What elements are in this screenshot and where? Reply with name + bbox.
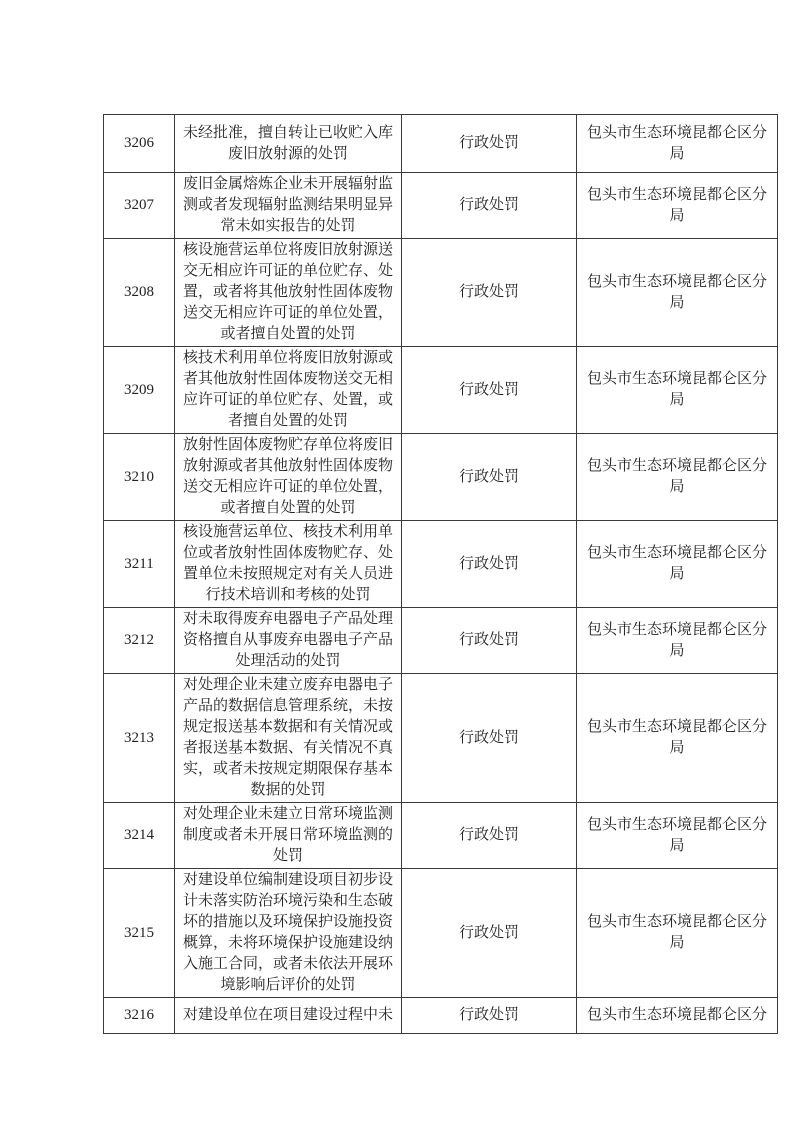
- cell-item: 对处理企业未建立废弃电器电子产品的数据信息管理系统，未按规定报送基本数据和有关情…: [175, 674, 402, 803]
- cell-id: 3213: [104, 674, 175, 803]
- cell-id: 3211: [104, 521, 175, 608]
- table-row: 3212对未取得废弃电器电子产品处理资格擅自从事废弃电器电子产品处理活动的处罚行…: [104, 608, 778, 674]
- table-row: 3215对建设单位编制建设项目初步设计未落实防治环境污染和生态破坏的措施以及环境…: [104, 869, 778, 998]
- table-row: 3206未经批准，擅自转让已收贮入库废旧放射源的处罚行政处罚包头市生态环境昆都仑…: [104, 115, 778, 173]
- cell-authority: 包头市生态环境昆都仑区分局: [577, 434, 778, 521]
- cell-item: 对处理企业未建立日常环境监测制度或者未开展日常环境监测的处罚: [175, 803, 402, 869]
- cell-type: 行政处罚: [402, 608, 577, 674]
- table-row: 3207废旧金属熔炼企业未开展辐射监测或者发现辐射监测结果明显异常未如实报告的处…: [104, 173, 778, 239]
- cell-type: 行政处罚: [402, 115, 577, 173]
- cell-authority: 包头市生态环境昆都仑区分局: [577, 869, 778, 998]
- cell-item: 废旧金属熔炼企业未开展辐射监测或者发现辐射监测结果明显异常未如实报告的处罚: [175, 173, 402, 239]
- cell-type: 行政处罚: [402, 803, 577, 869]
- cell-item: 对建设单位在项目建设过程中未: [175, 998, 402, 1034]
- cell-item: 核技术利用单位将废旧放射源或者其他放射性固体废物送交无相应许可证的单位贮存、处置…: [175, 347, 402, 434]
- cell-authority: 包头市生态环境昆都仑区分局: [577, 803, 778, 869]
- cell-id: 3210: [104, 434, 175, 521]
- cell-type: 行政处罚: [402, 347, 577, 434]
- cell-id: 3206: [104, 115, 175, 173]
- cell-item: 放射性固体废物贮存单位将废旧放射源或者其他放射性固体废物送交无相应许可证的单位处…: [175, 434, 402, 521]
- table-row: 3213对处理企业未建立废弃电器电子产品的数据信息管理系统，未按规定报送基本数据…: [104, 674, 778, 803]
- cell-id: 3208: [104, 239, 175, 347]
- cell-authority: 包头市生态环境昆都仑区分局: [577, 239, 778, 347]
- cell-authority: 包头市生态环境昆都仑区分: [577, 998, 778, 1034]
- cell-id: 3212: [104, 608, 175, 674]
- table-row: 3209核技术利用单位将废旧放射源或者其他放射性固体废物送交无相应许可证的单位贮…: [104, 347, 778, 434]
- cell-id: 3209: [104, 347, 175, 434]
- document-page: 3206未经批准，擅自转让已收贮入库废旧放射源的处罚行政处罚包头市生态环境昆都仑…: [0, 0, 793, 1122]
- cell-authority: 包头市生态环境昆都仑区分局: [577, 173, 778, 239]
- table-row: 3211核设施营运单位、核技术利用单位或者放射性固体废物贮存、处置单位未按照规定…: [104, 521, 778, 608]
- cell-item: 未经批准，擅自转让已收贮入库废旧放射源的处罚: [175, 115, 402, 173]
- cell-id: 3215: [104, 869, 175, 998]
- cell-item: 对建设单位编制建设项目初步设计未落实防治环境污染和生态破坏的措施以及环境保护设施…: [175, 869, 402, 998]
- cell-type: 行政处罚: [402, 674, 577, 803]
- cell-item: 核设施营运单位、核技术利用单位或者放射性固体废物贮存、处置单位未按照规定对有关人…: [175, 521, 402, 608]
- cell-type: 行政处罚: [402, 998, 577, 1034]
- table-body: 3206未经批准，擅自转让已收贮入库废旧放射源的处罚行政处罚包头市生态环境昆都仑…: [104, 115, 778, 1034]
- cell-type: 行政处罚: [402, 434, 577, 521]
- cell-item: 对未取得废弃电器电子产品处理资格擅自从事废弃电器电子产品处理活动的处罚: [175, 608, 402, 674]
- cell-authority: 包头市生态环境昆都仑区分局: [577, 347, 778, 434]
- table-row: 3214对处理企业未建立日常环境监测制度或者未开展日常环境监测的处罚行政处罚包头…: [104, 803, 778, 869]
- table-row: 3210放射性固体废物贮存单位将废旧放射源或者其他放射性固体废物送交无相应许可证…: [104, 434, 778, 521]
- cell-authority: 包头市生态环境昆都仑区分局: [577, 115, 778, 173]
- table-row: 3216对建设单位在项目建设过程中未行政处罚包头市生态环境昆都仑区分: [104, 998, 778, 1034]
- cell-type: 行政处罚: [402, 239, 577, 347]
- cell-authority: 包头市生态环境昆都仑区分局: [577, 608, 778, 674]
- cell-id: 3207: [104, 173, 175, 239]
- cell-type: 行政处罚: [402, 521, 577, 608]
- cell-id: 3214: [104, 803, 175, 869]
- penalty-table: 3206未经批准，擅自转让已收贮入库废旧放射源的处罚行政处罚包头市生态环境昆都仑…: [103, 114, 778, 1034]
- cell-authority: 包头市生态环境昆都仑区分局: [577, 674, 778, 803]
- cell-authority: 包头市生态环境昆都仑区分局: [577, 521, 778, 608]
- cell-type: 行政处罚: [402, 173, 577, 239]
- cell-item: 核设施营运单位将废旧放射源送交无相应许可证的单位贮存、处置，或者将其他放射性固体…: [175, 239, 402, 347]
- table-row: 3208核设施营运单位将废旧放射源送交无相应许可证的单位贮存、处置，或者将其他放…: [104, 239, 778, 347]
- cell-type: 行政处罚: [402, 869, 577, 998]
- cell-id: 3216: [104, 998, 175, 1034]
